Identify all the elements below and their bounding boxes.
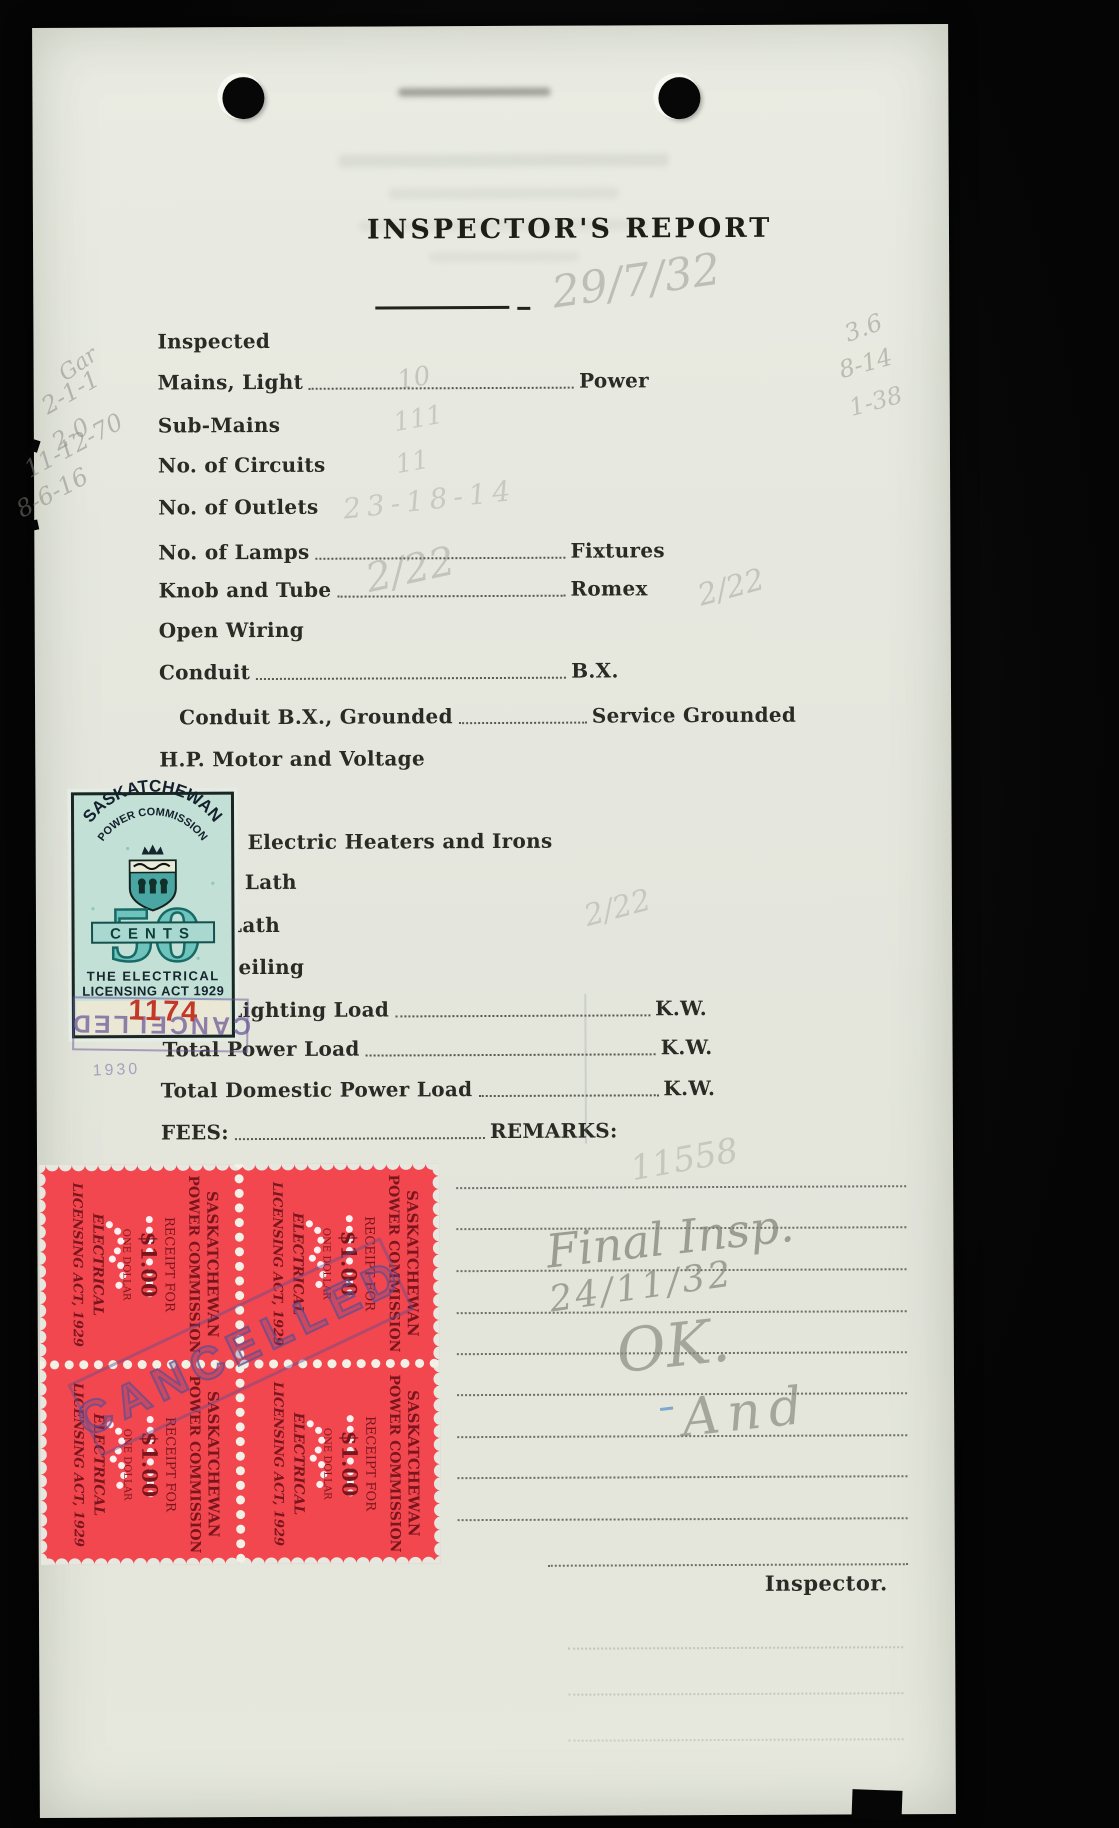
form-row-lighting-load: Lighting LoadK.W. [228, 995, 905, 1022]
form-row-hp-motor: H.P. Motor and Voltage [159, 744, 904, 771]
field-label-2: B.X. [571, 658, 619, 682]
form-row-blank [249, 787, 904, 798]
field-label: Lighting Load [228, 997, 389, 1022]
form-row-lath-2: Lath [228, 910, 905, 937]
handwritten-service-value: 2/22 [694, 562, 768, 613]
blue-pen-mark [660, 1407, 673, 1411]
field-label: H.P. Motor and Voltage [159, 746, 425, 771]
field-label: No. of Circuits [158, 453, 326, 478]
field-label-2: K.W. [663, 1076, 715, 1100]
stamp-act-line1: THE ELECTRICAL [87, 968, 220, 984]
dotted-leader [478, 1092, 658, 1097]
field-label: Knob and Tube [159, 578, 332, 603]
form-row-heaters: Electric Heaters and Irons [248, 827, 905, 854]
red-stamp-org: POWER COMMISSION [386, 1374, 403, 1552]
handwritten-ok: OK. [613, 1305, 733, 1387]
signature-line [548, 1563, 908, 1567]
form-row-mains: Mains, LightPower [158, 367, 903, 394]
field-label: Total Domestic Power Load [161, 1077, 473, 1102]
form-row-knob-tube: Knob and TubeRomex [159, 575, 904, 602]
red-stamp-region: SASKATCHEWAN [204, 1391, 223, 1538]
red-stamp-region: SASKATCHEWAN [403, 1190, 422, 1337]
red-stamp-receipt: RECEIPT FOR [161, 1217, 176, 1313]
dotted-leader [395, 1012, 650, 1017]
form-row-conduit-grounded: Conduit B.X., GroundedService Grounded [179, 702, 904, 729]
form-row-circuits: No. of Circuits [158, 450, 903, 477]
punch-hole-left [222, 77, 264, 119]
purple-date-note: 1930 [92, 1061, 140, 1081]
form-row-outlets: No. of Outlets [158, 492, 903, 519]
form-row-power-load: Total Power LoadK.W. [163, 1034, 906, 1061]
form-row-open-wiring: Open Wiring [159, 615, 904, 642]
field-label-2: K.W. [661, 1035, 713, 1059]
scanned-document-page: INSPECTOR'S REPORT Inspected Mains, Ligh… [0, 0, 1119, 1828]
bleed-through-line [429, 252, 579, 263]
remarks-line [457, 1475, 907, 1479]
bleed-through-line [339, 153, 669, 167]
title-rule-dash [517, 307, 530, 310]
fees-label: FEES: [161, 1120, 229, 1144]
red-stamp-denomination: ONE DOLLAR [120, 1229, 131, 1301]
red-stamp-receipt: RECEIPT FOR [362, 1416, 377, 1512]
remarks-line [456, 1185, 906, 1189]
red-stamp-act2: LICENSING ACT, 1929 [270, 1381, 286, 1546]
field-label: Conduit [159, 660, 250, 684]
stamp-serial-number: 1174 [128, 994, 200, 1029]
field-label: Lath [245, 870, 297, 894]
field-label: Inspected [157, 329, 270, 353]
remarks-line-faint [568, 1646, 903, 1649]
form-row-submains: Sub-Mains [158, 410, 903, 437]
red-stamp-receipt: RECEIPT FOR [162, 1417, 177, 1513]
field-label-2: Romex [570, 576, 647, 600]
stamp-wheat-sheaves-icon [138, 878, 168, 893]
bleed-through-line [389, 187, 619, 199]
dotted-leader [256, 675, 566, 680]
form-row-lamps: No. of LampsFixtures [158, 537, 903, 564]
paper-bottom-notch [851, 1789, 902, 1821]
red-stamp-act1: ELECTRICAL [290, 1411, 306, 1515]
handwritten-circuits-value: 11 [393, 445, 431, 480]
field-label: Electric Heaters and Irons [248, 829, 553, 854]
handwritten-mains-value: 10 [395, 361, 433, 396]
red-stamp-act1: ELECTRICAL [89, 1212, 105, 1316]
field-label: Mains, Light [158, 370, 304, 395]
form-row-ceiling: Ceiling [222, 952, 905, 979]
remarks-label: REMARKS: [490, 1118, 618, 1143]
dotted-leader [459, 720, 587, 725]
paper-edge-nick [31, 519, 39, 530]
handwritten-signature: And [679, 1375, 813, 1449]
field-label: Open Wiring [159, 618, 304, 643]
remarks-line-faint [569, 1738, 904, 1741]
field-label-2: Fixtures [570, 538, 665, 562]
field-label-2: Power [579, 368, 649, 392]
title-rule [375, 306, 509, 310]
inspector-label: Inspector. [765, 1570, 888, 1596]
field-label: Conduit B.X., Grounded [179, 704, 453, 729]
page-title: INSPECTOR'S REPORT [367, 213, 727, 246]
dotted-leader [309, 385, 574, 390]
form-row-fees-remarks: FEES:REMARKS: [161, 1117, 906, 1144]
form-row-conduit: ConduitB.X. [159, 657, 904, 684]
red-stamp-value: $1.00 [337, 1431, 362, 1497]
red-stamp-value: $1.00 [137, 1432, 162, 1498]
red-stamp-act2: LICENSING ACT, 1929 [69, 1182, 85, 1347]
form-row-lath-1: Lath [245, 867, 905, 894]
field-label-2: K.W. [655, 996, 707, 1020]
form-row-total-domestic: Total Domestic Power LoadK.W. [161, 1075, 906, 1102]
remarks-line [457, 1434, 907, 1438]
field-label: No. of Lamps [158, 540, 309, 565]
stamp-unit: CENTS [110, 925, 196, 942]
form-row-inspected: Inspected [157, 326, 902, 353]
red-stamp-denomination: ONE DOLLAR [321, 1428, 332, 1500]
field-label: No. of Outlets [158, 495, 318, 520]
red-stamp-region: SASKATCHEWAN [404, 1390, 423, 1537]
field-label-2: Service Grounded [592, 703, 796, 728]
red-stamp-value: $1.00 [136, 1232, 161, 1298]
ink-smudge [398, 88, 550, 97]
punch-hole-right [658, 77, 700, 119]
dotted-leader [366, 1051, 656, 1056]
remarks-line-faint [568, 1692, 903, 1695]
field-label: Sub-Mains [158, 413, 281, 438]
paper-sheet: INSPECTOR'S REPORT Inspected Mains, Ligh… [32, 24, 956, 1818]
remarks-line [458, 1517, 908, 1521]
dotted-leader [235, 1135, 485, 1140]
